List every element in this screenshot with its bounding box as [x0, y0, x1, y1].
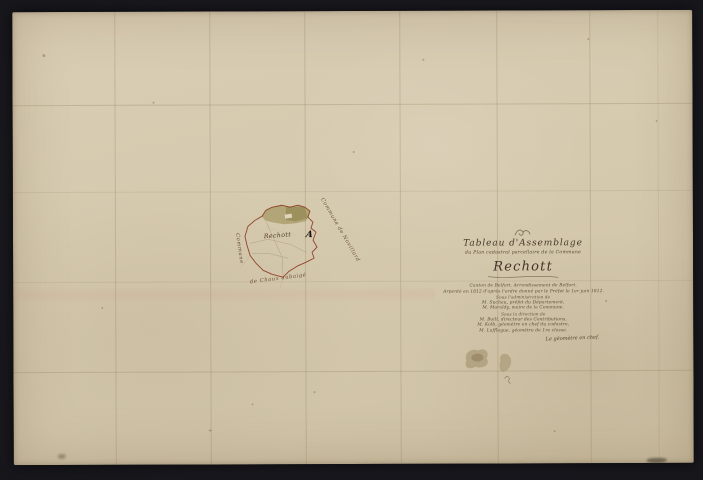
ink-stain	[499, 354, 511, 372]
name-underline-flourish	[486, 274, 560, 279]
pen-squiggle	[504, 376, 510, 383]
detail-line: Sous la direction de	[443, 311, 603, 317]
detail-line: Sous l'administration de	[443, 294, 603, 300]
fold-line	[399, 11, 402, 464]
edge-smudge	[647, 458, 667, 463]
title-subheading: du Plan cadastral parcellaire de la Comm…	[443, 250, 603, 256]
paper-speck	[101, 307, 103, 309]
commune-name: Rechott	[443, 259, 603, 275]
ink-stain	[471, 354, 483, 362]
paper-speck	[153, 102, 155, 104]
paper-speck	[422, 59, 424, 61]
paper-speck	[656, 120, 658, 122]
parcel-name-label: Rechott	[263, 231, 292, 240]
neighbor-label-right: Commune de Novillard	[319, 197, 361, 263]
fold-line	[114, 12, 117, 465]
map-sheet: Rechott A Commune de Novillard Commune d…	[12, 10, 694, 465]
neighbor-label-left: Commune	[234, 233, 244, 264]
paper-speck	[554, 430, 556, 432]
detail-line: M. Lafflogue, géomètre de 1re classe.	[443, 328, 603, 334]
edge-smudge	[58, 454, 66, 459]
paper-speck	[587, 38, 589, 40]
fold-line	[209, 11, 212, 464]
fold-line	[657, 10, 660, 463]
parcel-map: Rechott A Commune de Novillard Commune d…	[228, 191, 388, 322]
paper-speck	[252, 403, 254, 405]
title-heading: Tableau d'Assemblage	[443, 238, 603, 249]
paper-speck	[314, 391, 316, 393]
title-details: Canton de Belfort. Arrondissement de Bel…	[443, 283, 603, 334]
paper-speck	[42, 54, 45, 57]
title-block: Tableau d'Assemblage du Plan cadastral p…	[443, 228, 603, 344]
paper-speck	[209, 429, 212, 431]
flourish-ornament	[512, 228, 534, 237]
paper-speck	[605, 300, 607, 302]
neighbor-label-bottom: de Chaux aubaigé	[250, 271, 307, 285]
woods-dark-patch	[286, 206, 308, 221]
section-letter-mark: A	[304, 230, 313, 240]
paper-speck	[353, 151, 355, 153]
ink-stain-group	[446, 338, 538, 390]
scanned-map-viewer: Rechott A Commune de Novillard Commune d…	[0, 0, 703, 480]
